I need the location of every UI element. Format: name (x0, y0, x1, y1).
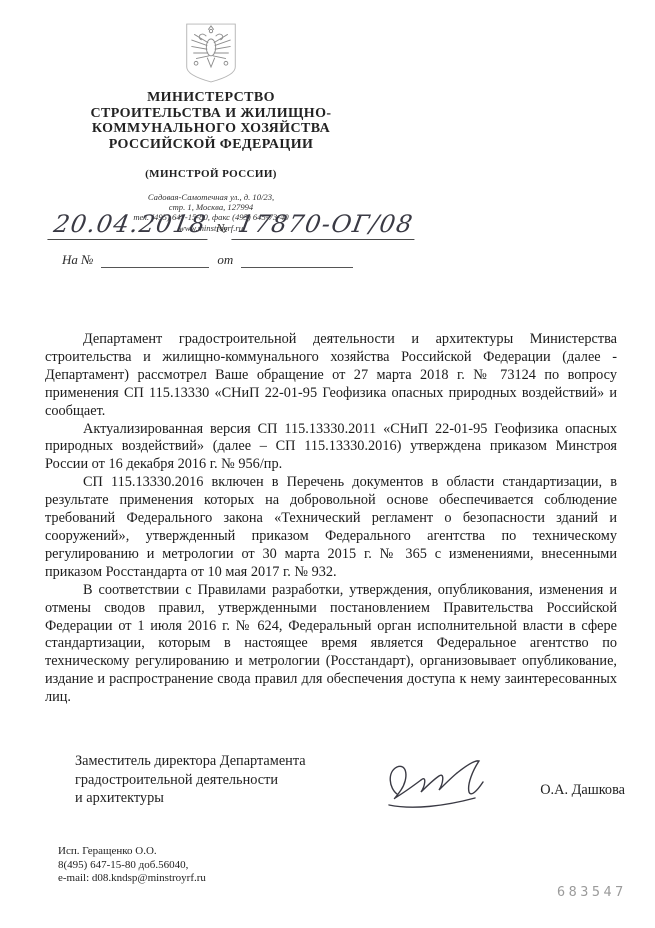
ministry-name-line: МИНИСТЕРСТВО (52, 90, 370, 106)
coat-of-arms-icon (183, 22, 239, 84)
body-paragraph: СП 115.13330.2016 включен в Перечень док… (45, 474, 617, 581)
reply-date-blank (241, 256, 353, 268)
outgoing-number: 17870-ОГ/08 (231, 210, 419, 240)
scanned-letter-page: МИНИСТЕРСТВО СТРОИТЕЛЬСТВА И ЖИЛИЩНО- КО… (0, 0, 655, 928)
executor-phone: 8(495) 647-15-80 доб.56040, (58, 859, 206, 873)
body-paragraph: Департамент градостроительной деятельнос… (45, 331, 617, 421)
signature-icon (375, 758, 495, 814)
executor-info: Исп. Геращенко О.О. 8(495) 647-15-80 доб… (58, 845, 206, 886)
reply-reference-line: На №от (62, 252, 353, 268)
signatory-name: О.А. Дашкова (540, 782, 625, 814)
registration-number: 683547 (557, 884, 627, 900)
outgoing-reference: 20.04.2018 № 17870-ОГ/08 (50, 210, 350, 240)
signatory-position: Заместитель директора Департамента градо… (75, 752, 365, 814)
letter-body: Департамент градостроительной деятельнос… (45, 331, 617, 707)
address-line: Садовая-Самотечная ул., д. 10/23, (52, 192, 370, 202)
outgoing-date: 20.04.2018 (47, 210, 213, 240)
ministry-name-line: РОССИЙСКОЙ ФЕДЕРАЦИИ (52, 137, 370, 153)
signatory-position-line: градостроительной деятельности (75, 771, 365, 790)
ministry-short-name: (МИНСТРОЙ РОССИИ) (52, 168, 370, 180)
ministry-name-line: КОММУНАЛЬНОГО ХОЗЯЙСТВА (52, 121, 370, 137)
signature-block: Заместитель директора Департамента градо… (75, 752, 625, 814)
body-paragraph: В соответствии с Правилами разработки, у… (45, 582, 617, 707)
letterhead: МИНИСТЕРСТВО СТРОИТЕЛЬСТВА И ЖИЛИЩНО- КО… (52, 22, 370, 233)
reply-prefix: На № (62, 252, 93, 267)
executor-email: e-mail: d08.kndsp@minstroyrf.ru (58, 872, 206, 886)
signatory-position-line: Заместитель директора Департамента (75, 752, 365, 771)
reply-number-blank (101, 256, 209, 268)
executor-name: Исп. Геращенко О.О. (58, 845, 206, 859)
signatory-position-line: и архитектуры (75, 789, 365, 808)
body-paragraph: Актуализированная версия СП 115.13330.20… (45, 421, 617, 475)
ministry-name: МИНИСТЕРСТВО СТРОИТЕЛЬСТВА И ЖИЛИЩНО- КО… (52, 90, 370, 152)
number-sign: № (216, 221, 227, 235)
ministry-name-line: СТРОИТЕЛЬСТВА И ЖИЛИЩНО- (52, 106, 370, 122)
reply-from-label: от (217, 252, 233, 267)
